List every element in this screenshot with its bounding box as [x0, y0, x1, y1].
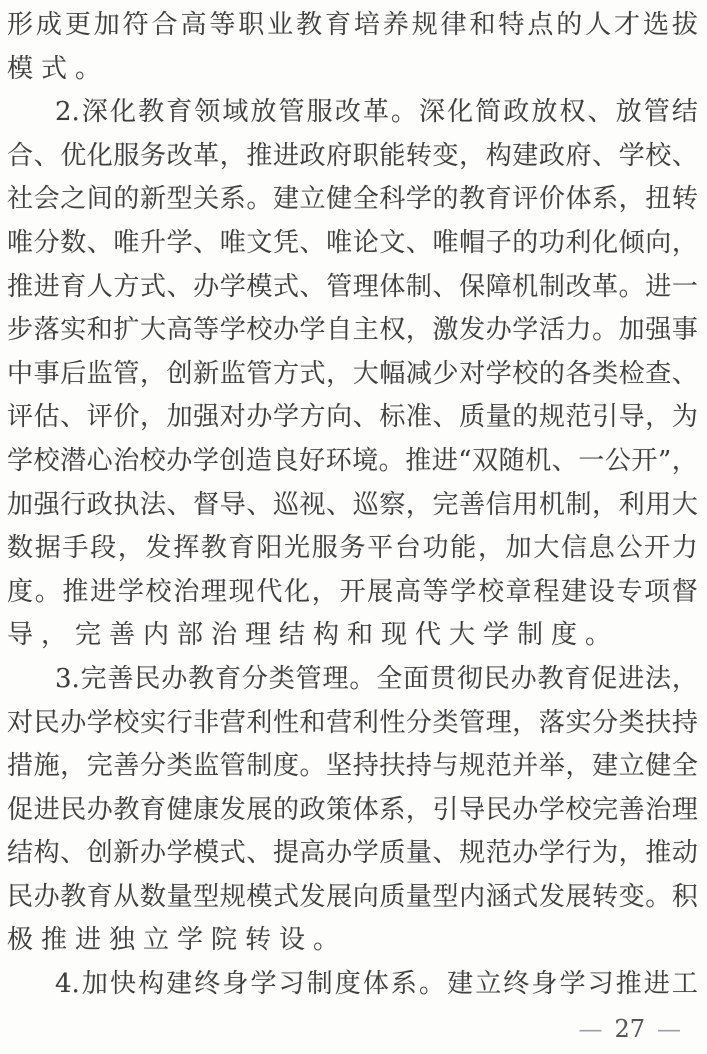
text-line: 形成更加符合高等职业教育培养规律和特点的人才选拔	[7, 4, 698, 48]
document-body: 形成更加符合高等职业教育培养规律和特点的人才选拔模式。2.深化教育领域放管服改革…	[7, 4, 698, 1007]
text-line: 社会之间的新型关系。建立健全科学的教育评价体系，扭转	[7, 178, 698, 222]
text-line: 民办教育从数量型规模式发展向质量型内涵式发展转变。积	[7, 876, 698, 920]
text-line: 唯分数、唯升学、唯文凭、唯论文、唯帽子的功利化倾向，	[7, 222, 698, 266]
text-line: 学校潜心治校办学创造良好环境。推进“双随机、一公开”，	[7, 440, 698, 484]
text-line: 模式。	[7, 48, 698, 92]
text-line: 数据手段，发挥教育阳光服务平台功能，加大信息公开力	[7, 527, 698, 571]
text-line: 合、优化服务改革，推进政府职能转变，构建政府、学校、	[7, 135, 698, 179]
text-line: 度。推进学校治理现代化，开展高等学校章程建设专项督	[7, 571, 698, 615]
text-line: 中事后监管，创新监管方式，大幅减少对学校的各类检查、	[7, 353, 698, 397]
text-line: 结构、创新办学模式、提高办学质量、规范办学行为，推动	[7, 832, 698, 876]
text-line: 措施，完善分类监管制度。坚持扶持与规范并举，建立健全	[7, 745, 698, 789]
page-footer: — 27 —	[578, 1014, 681, 1044]
text-line: 评估、评价，加强对办学方向、标准、质量的规范引导，为	[7, 396, 698, 440]
text-line: 步落实和扩大高等学校办学自主权，激发办学活力。加强事	[7, 309, 698, 353]
text-line: 2.深化教育领域放管服改革。深化简政放权、放管结	[7, 91, 698, 135]
text-line: 促进民办教育健康发展的政策体系，引导民办学校完善治理	[7, 789, 698, 833]
footer-dash-right: —	[657, 1014, 681, 1044]
text-line: 对民办学校实行非营利性和营利性分类管理，落实分类扶持	[7, 702, 698, 746]
document-page: 形成更加符合高等职业教育培养规律和特点的人才选拔模式。2.深化教育领域放管服改革…	[0, 0, 707, 1054]
text-line: 推进育人方式、办学模式、管理体制、保障机制改革。进一	[7, 266, 698, 310]
footer-dash-left: —	[578, 1014, 602, 1044]
text-line: 4.加快构建终身学习制度体系。建立终身学习推进工	[7, 963, 698, 1007]
text-line: 导，完善内部治理结构和现代大学制度。	[7, 614, 698, 658]
text-line: 极推进独立学院转设。	[7, 919, 698, 963]
text-line: 3.完善民办教育分类管理。全面贯彻民办教育促进法，	[7, 658, 698, 702]
text-line: 加强行政执法、督导、巡视、巡察，完善信用机制，利用大	[7, 484, 698, 528]
page-number: 27	[614, 1014, 645, 1044]
